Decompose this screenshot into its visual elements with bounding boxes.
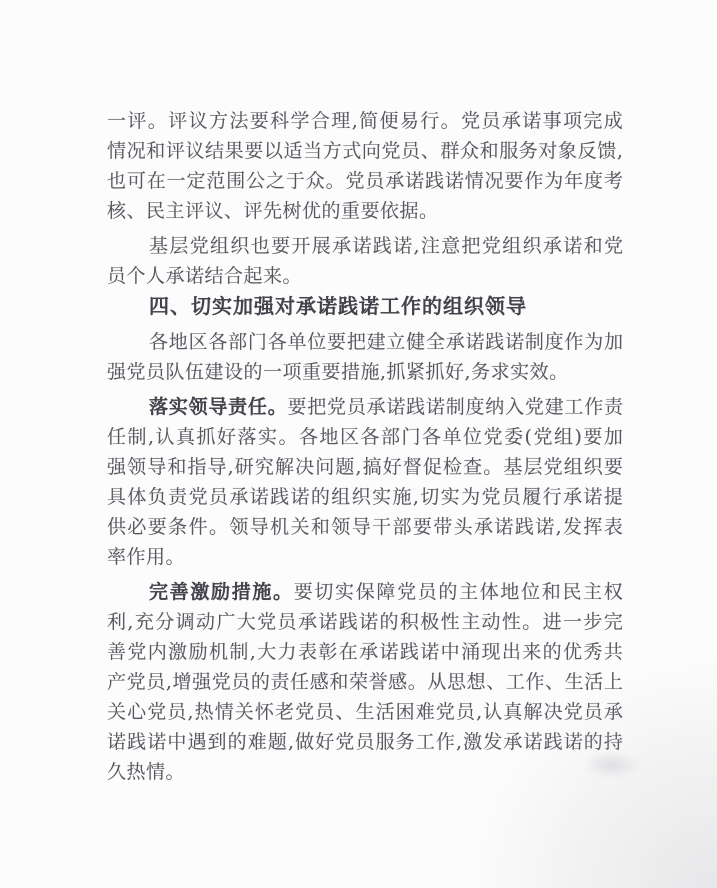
text-line: 产党员,增强党员的责任感和荣誉感。从思想、工作、生活上 (107, 667, 623, 697)
paragraph: 落实领导责任。要把党员承诺践诺制度纳入党建工作责任制,认真抓好落实。各地区各部门… (107, 392, 623, 572)
paragraph: 基层党组织也要开展承诺践诺,注意把党组织承诺和党员个人承诺结合起来。 (107, 231, 623, 291)
text-line: 利,充分调动广大党员承诺践诺的积极性主动性。进一步完 (107, 607, 623, 637)
text-line: 一评。评议方法要科学合理,简便易行。党员承诺事项完成 (107, 106, 623, 136)
text-line: 供必要条件。领导机关和领导干部要带头承诺践诺,发挥表 (107, 512, 623, 542)
text-line: 强党员队伍建设的一项重要措施,抓紧抓好,务求实效。 (107, 357, 623, 387)
text-line: 关心党员,热情关怀老党员、生活困难党员,认真解决党员承 (107, 697, 623, 727)
text-line: 诺践诺中遇到的难题,做好党员服务工作,激发承诺践诺的持 (107, 727, 623, 757)
section-heading: 四、切实加强对承诺践诺工作的组织领导 (107, 291, 623, 321)
scanned-document-page: 一评。评议方法要科学合理,简便易行。党员承诺事项完成情况和评议结果要以适当方式向… (0, 0, 717, 888)
text-line: 强领导和指导,研究解决问题,搞好督促检查。基层党组织要 (107, 452, 623, 482)
text-line: 员个人承诺结合起来。 (107, 261, 623, 291)
document-text: 一评。评议方法要科学合理,简便易行。党员承诺事项完成情况和评议结果要以适当方式向… (107, 106, 623, 787)
text-line: 善党内激励机制,大力表彰在承诺践诺中涌现出来的优秀共 (107, 637, 623, 667)
paragraph: 各地区各部门各单位要把建立健全承诺践诺制度作为加强党员队伍建设的一项重要措施,抓… (107, 327, 623, 387)
text-line: 也可在一定范围公之于众。党员承诺践诺情况要作为年度考 (107, 166, 623, 196)
text-line: 落实领导责任。要把党员承诺践诺制度纳入党建工作责 (107, 392, 623, 422)
text-line: 情况和评议结果要以适当方式向党员、群众和服务对象反馈, (107, 136, 623, 166)
text-line: 率作用。 (107, 542, 623, 572)
text-line: 各地区各部门各单位要把建立健全承诺践诺制度作为加 (107, 327, 623, 357)
text-line: 四、切实加强对承诺践诺工作的组织领导 (107, 291, 623, 321)
text-line: 完善激励措施。要切实保障党员的主体地位和民主权 (107, 577, 623, 607)
text-line: 基层党组织也要开展承诺践诺,注意把党组织承诺和党 (107, 231, 623, 261)
text-line: 核、民主评议、评先树优的重要依据。 (107, 196, 623, 226)
text-line: 任制,认真抓好落实。各地区各部门各单位党委(党组)要加 (107, 422, 623, 452)
text-line: 久热情。 (107, 757, 623, 787)
text-line: 具体负责党员承诺践诺的组织实施,切实为党员履行承诺提 (107, 482, 623, 512)
paragraph: 完善激励措施。要切实保障党员的主体地位和民主权利,充分调动广大党员承诺践诺的积极… (107, 577, 623, 787)
paragraph: 一评。评议方法要科学合理,简便易行。党员承诺事项完成情况和评议结果要以适当方式向… (107, 106, 623, 226)
